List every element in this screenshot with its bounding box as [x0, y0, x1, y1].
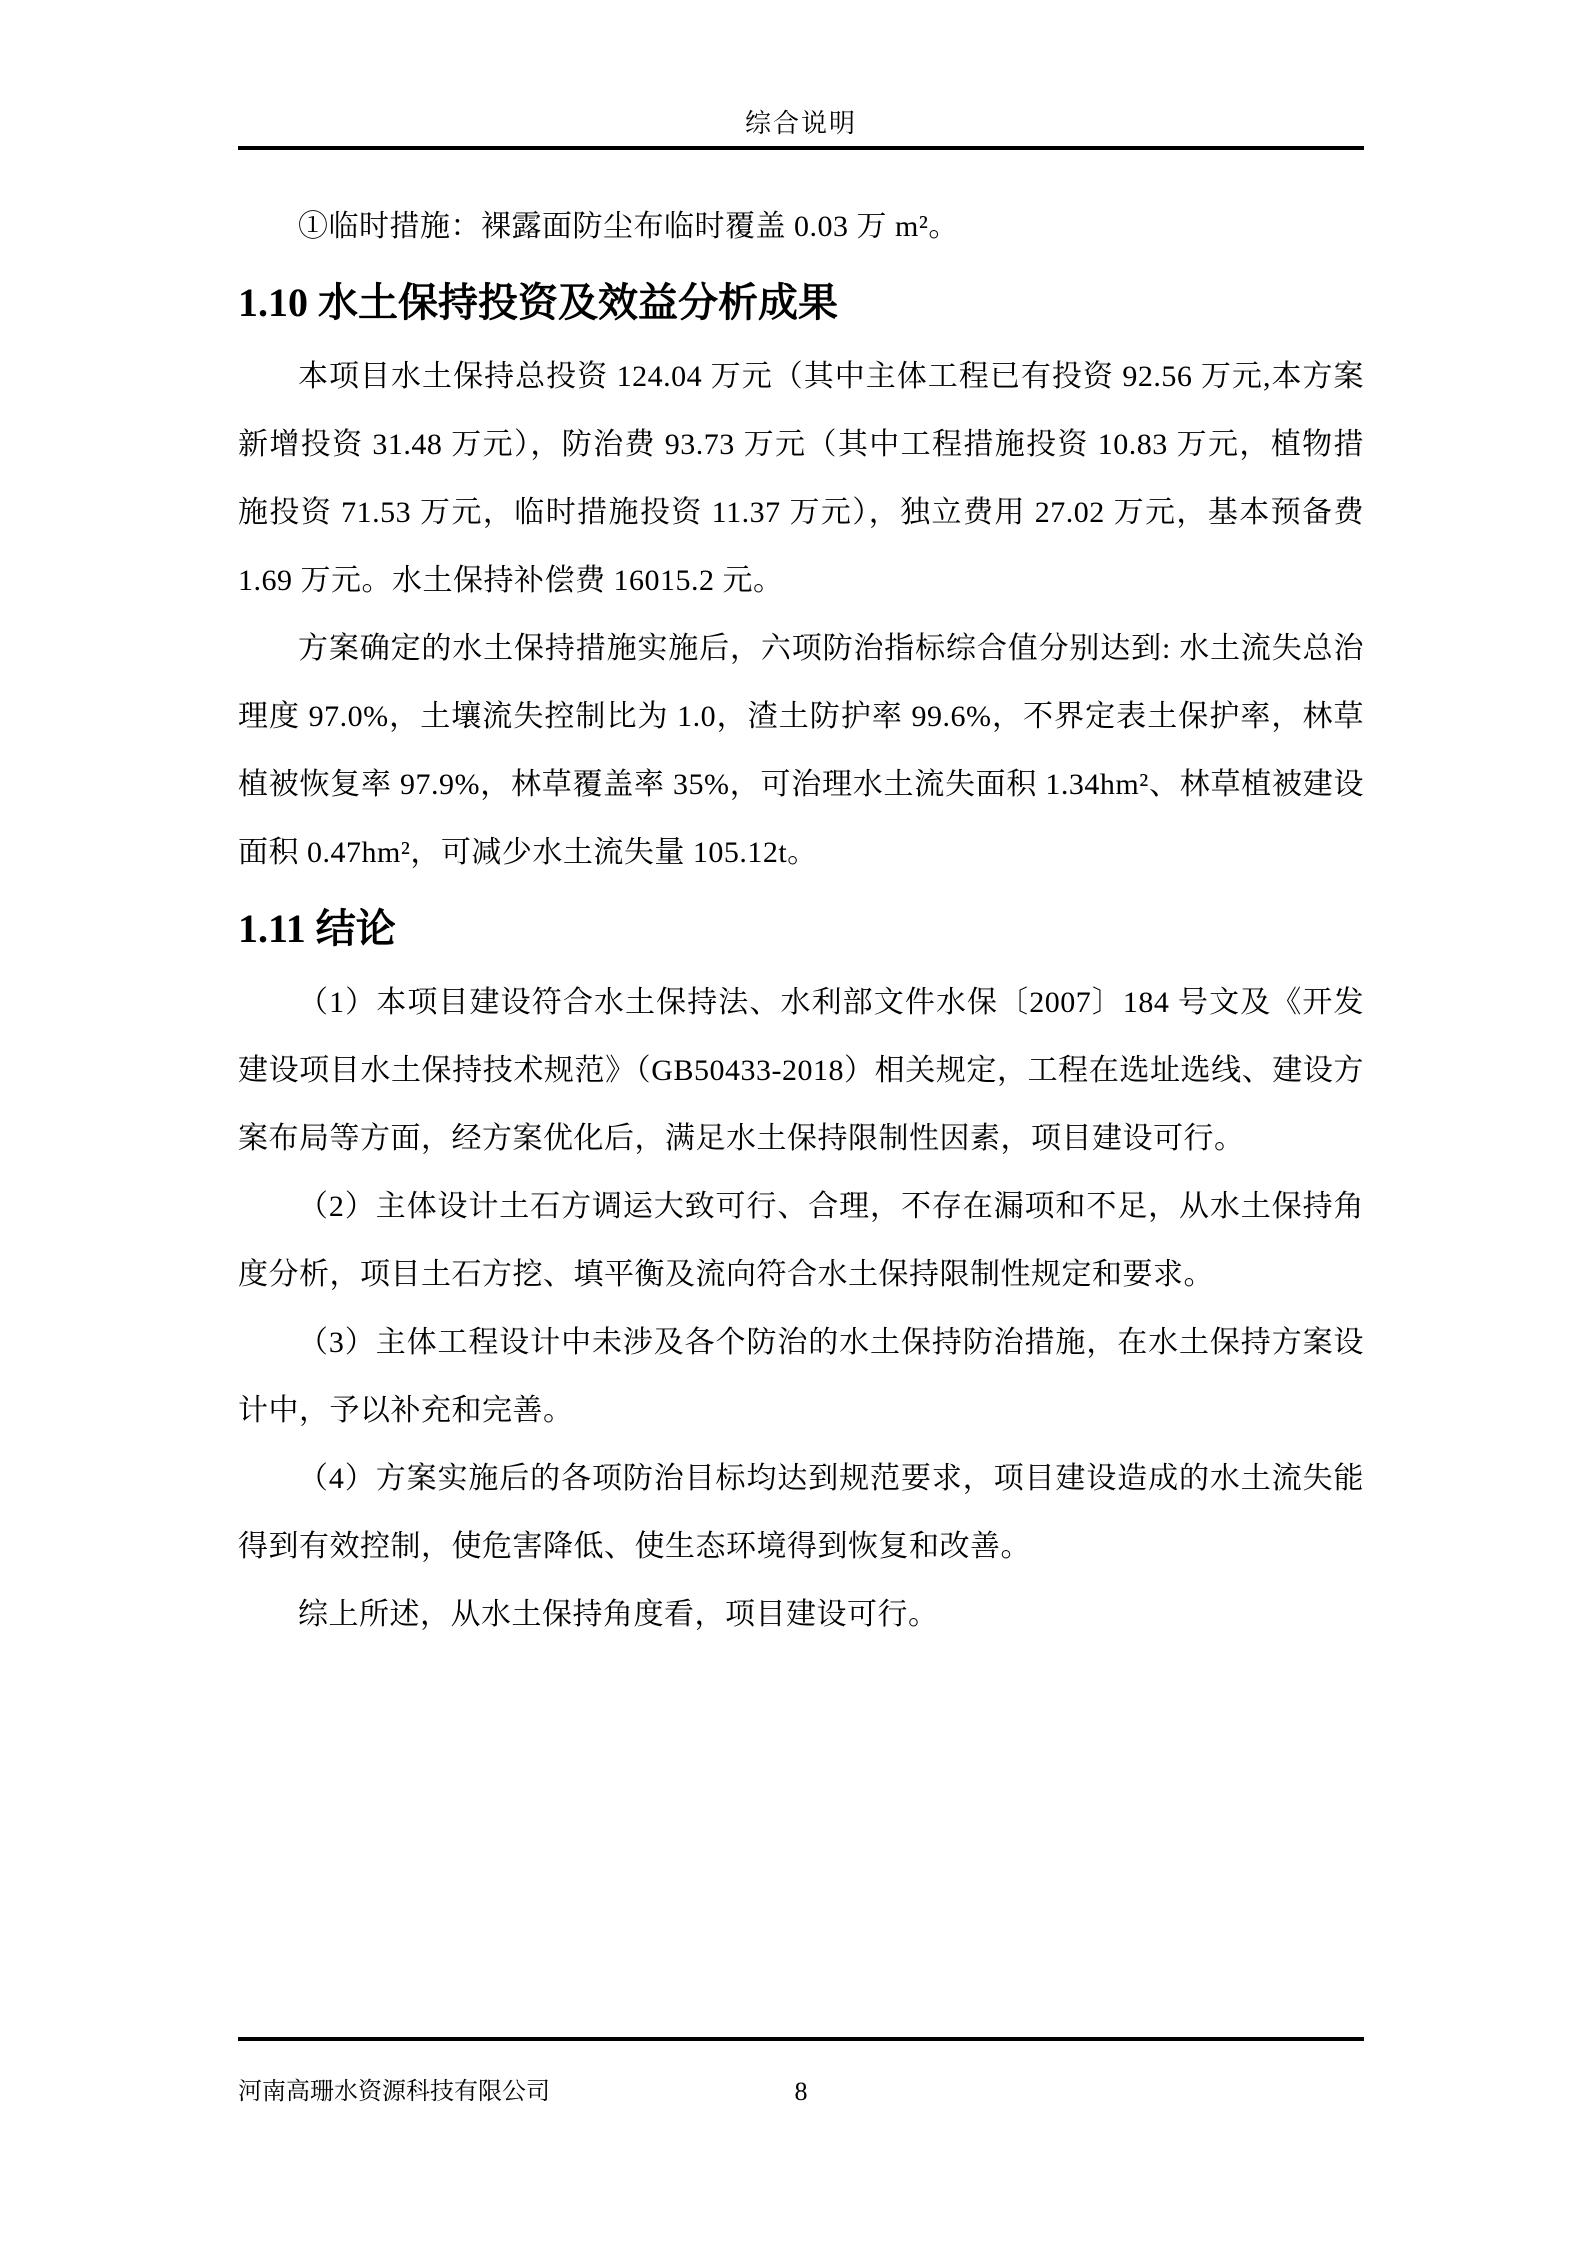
section-heading-1-11: 1.11 结论: [238, 901, 1364, 957]
conclusion-paragraph-2: （2）主体设计土石方调运大致可行、合理，不存在漏项和不足，从水土保持角度分析，项…: [238, 1173, 1364, 1309]
conclusion-paragraph-1: （1）本项目建设符合水土保持法、水利部文件水保〔2007〕184 号文及《开发建…: [238, 969, 1364, 1173]
header-title: 综合说明: [745, 109, 857, 138]
temp-measures-paragraph: ①临时措施：裸露面防尘布临时覆盖 0.03 万 m²。: [238, 193, 1364, 261]
investment-paragraph: 本项目水土保持总投资 124.04 万元（其中主体工程已有投资 92.56 万元…: [238, 343, 1364, 615]
document-page: 综合说明 ①临时措施：裸露面防尘布临时覆盖 0.03 万 m²。 1.10 水土…: [0, 0, 1587, 2245]
page-header: 综合说明: [238, 108, 1364, 150]
document-body: ①临时措施：裸露面防尘布临时覆盖 0.03 万 m²。 1.10 水土保持投资及…: [238, 193, 1364, 1649]
conclusion-paragraph-3: （3）主体工程设计中未涉及各个防治的水土保持防治措施，在水土保持方案设计中，予以…: [238, 1309, 1364, 1445]
control-targets-paragraph: 方案确定的水土保持措施实施后，六项防治指标综合值分别达到: 水土流失总治理度 9…: [238, 615, 1364, 887]
conclusion-paragraph-4: （4）方案实施后的各项防治目标均达到规范要求，项目建设造成的水土流失能得到有效控…: [238, 1445, 1364, 1581]
page-footer: 河南高珊水资源科技有限公司 8: [238, 2037, 1364, 2107]
summary-paragraph: 综上所述，从水土保持角度看，项目建设可行。: [238, 1581, 1364, 1649]
section-heading-1-10: 1.10 水土保持投资及效益分析成果: [238, 275, 1364, 331]
page-number: 8: [238, 2077, 1364, 2107]
